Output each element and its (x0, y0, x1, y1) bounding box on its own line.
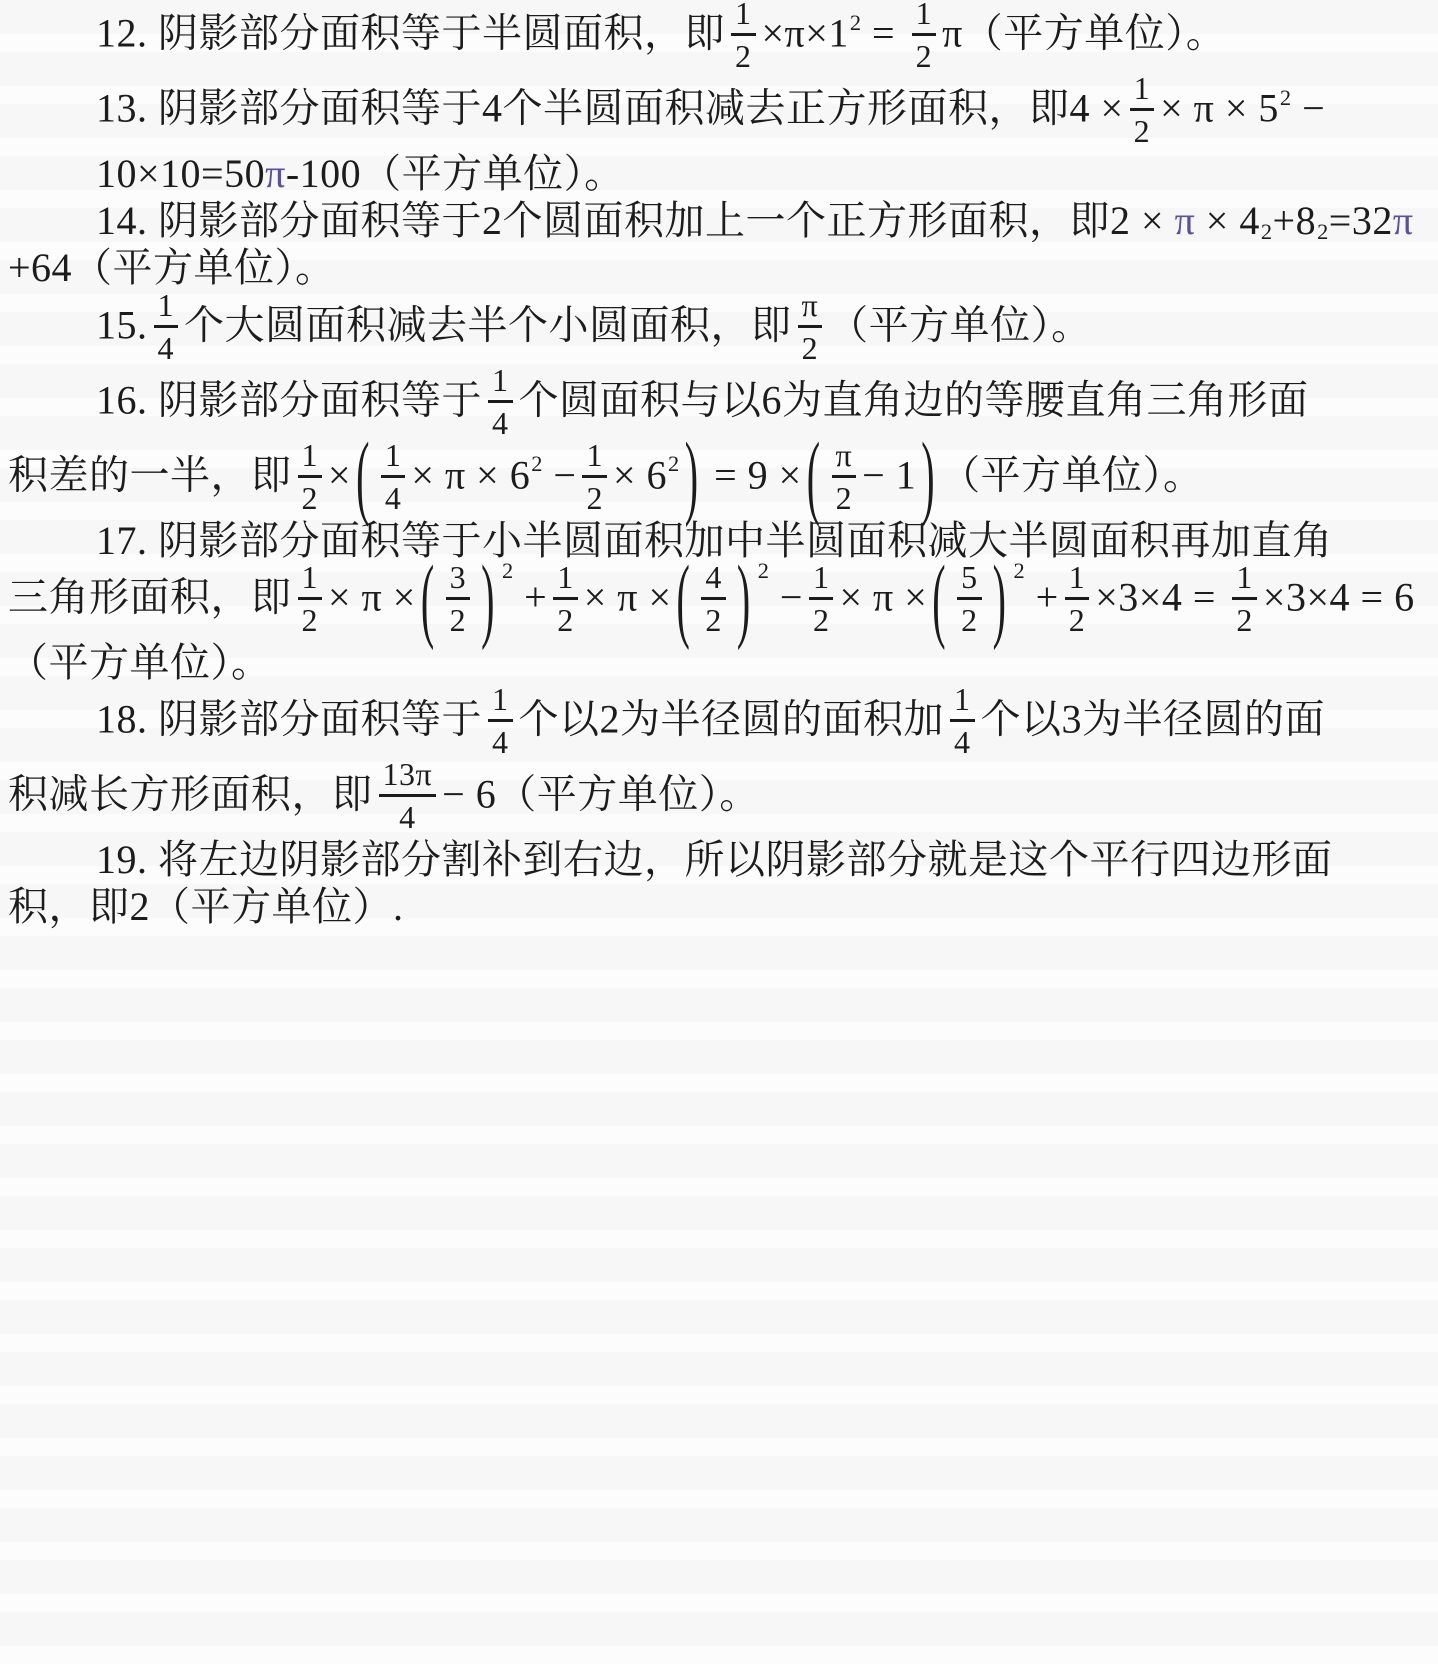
fraction-denominator: 2 (446, 600, 471, 636)
fraction: 12 (731, 0, 756, 72)
text-segment: × π × (584, 574, 672, 619)
fraction-denominator: 2 (1232, 600, 1257, 636)
open-paren: ( (356, 420, 370, 531)
text-segment: 三角形面积，即 (8, 574, 292, 619)
text-segment: × π × 6 (411, 452, 530, 497)
fraction-numerator: 4 (701, 561, 726, 597)
close-paren: ) (737, 543, 751, 654)
problem-19-continuation: 积，即2（平方单位）. (0, 883, 1438, 930)
problem-18: 18. 阴影部分面积等于14个以2为半径圆的面积加14个以3为半径圆的面 (0, 686, 1438, 761)
text-segment: -100（平方单位）。 (286, 151, 625, 196)
fraction-denominator: 2 (298, 600, 323, 636)
text-segment: × π × 5 (1160, 86, 1279, 131)
fraction: 12 (1232, 561, 1257, 636)
problem-16: 16. 阴影部分面积等于14个圆面积与以6为直角边的等腰直角三角形面 (0, 367, 1438, 442)
fraction-numerator: 3 (446, 561, 471, 597)
superscript: 2 (850, 10, 862, 35)
fraction: 12 (553, 561, 578, 636)
fraction: 12 (1065, 561, 1090, 636)
text-segment: 16. 阴影部分面积等于 (96, 377, 482, 422)
text-segment: 个圆面积与以6为直角边的等腰直角三角形面 (519, 377, 1309, 422)
fraction-denominator: 4 (395, 797, 420, 833)
fraction-numerator: 1 (553, 561, 578, 597)
fraction: 52 (957, 561, 982, 636)
pi-symbol: π (1175, 198, 1196, 243)
paren-superscript: 2 (502, 558, 514, 583)
text-segment: + (514, 574, 548, 619)
fraction-numerator: 1 (912, 0, 937, 33)
text-segment: （平方单位）。 (940, 452, 1204, 497)
problem-14: 14. 阴影部分面积等于2个圆面积加上一个正方形面积，即2 × π × 42+8… (0, 197, 1438, 244)
fraction-numerator: 1 (1130, 72, 1155, 108)
subscript: 2 (1317, 219, 1329, 244)
fraction: π2 (832, 439, 857, 514)
problem-18-continuation: 积减长方形面积，即13π4− 6（平方单位）。 (0, 761, 1438, 836)
fraction-denominator: 4 (950, 722, 975, 758)
problem-19: 19. 将左边阴影部分割补到右边，所以阴影部分就是这个平行四边形面 (0, 836, 1438, 883)
fraction-numerator: 1 (582, 439, 607, 475)
problem-13-result: 10×10=50π-100（平方单位）。 (0, 150, 1438, 197)
text-segment: 13. 阴影部分面积等于4个半圆面积减去正方形面积，即4 × (96, 86, 1124, 131)
problem-13: 13. 阴影部分面积等于4个半圆面积减去正方形面积，即4 ×12× π × 52… (0, 75, 1438, 150)
text-segment: 19. 将左边阴影部分割补到右边，所以阴影部分就是这个平行四边形面 (96, 837, 1333, 882)
text-segment: × π × (328, 574, 416, 619)
fraction-denominator: 2 (298, 478, 323, 514)
fraction-denominator: 2 (809, 600, 834, 636)
problem-12: 12. 阴影部分面积等于半圆面积，即12×π×12 = 12π（平方单位）。 (0, 0, 1438, 75)
text-segment: 个以3为半径圆的面 (981, 697, 1326, 742)
text-segment: ×π×1 (762, 11, 849, 56)
problem-17-formula: 三角形面积，即12× π ×(32)2 +12× π ×(42)2 −12× π… (0, 564, 1438, 639)
text-segment: =32 (1329, 198, 1393, 243)
fraction-denominator: 2 (1130, 111, 1155, 147)
fraction-numerator: 5 (957, 561, 982, 597)
text-segment: （平方单位）。 (828, 302, 1092, 347)
fraction: 12 (1130, 72, 1155, 147)
text-segment: × 6 (613, 452, 667, 497)
open-paren: ( (807, 420, 821, 531)
text-segment: （平方单位）。 (8, 640, 272, 685)
text-segment: 12. 阴影部分面积等于半圆面积，即 (96, 11, 725, 56)
fraction-denominator: 2 (798, 328, 823, 364)
fraction-denominator: 2 (701, 600, 726, 636)
fraction: 14 (488, 364, 513, 439)
text-segment: 17. 阴影部分面积等于小半圆面积加中半圆面积减大半圆面积再加直角 (96, 518, 1333, 563)
text-segment: 14. 阴影部分面积等于2个圆面积加上一个正方形面积，即2 × (96, 198, 1175, 243)
open-paren: ( (932, 543, 946, 654)
fraction: 12 (912, 0, 937, 72)
text-segment: 积差的一半，即 (8, 452, 292, 497)
text-segment: × 4 (1195, 198, 1260, 243)
fraction-denominator: 2 (957, 600, 982, 636)
text-segment: ×3×4 = (1095, 574, 1226, 619)
text-segment: 个以2为半径圆的面积加 (519, 697, 945, 742)
text-segment: + (1025, 574, 1059, 619)
pi-symbol: π (265, 151, 286, 196)
fraction: 14 (154, 289, 179, 364)
fraction-denominator: 2 (1065, 600, 1090, 636)
fraction: 12 (582, 439, 607, 514)
problem-17-unit: （平方单位）。 (0, 639, 1438, 686)
text-segment: = 9 × (704, 452, 802, 497)
problem-17: 17. 阴影部分面积等于小半圆面积加中半圆面积减大半圆面积再加直角 (0, 517, 1438, 564)
fraction-numerator: 1 (1232, 561, 1257, 597)
text-segment: 个大圆面积减去半个小圆面积，即 (184, 302, 792, 347)
text-segment: +64（平方单位）。 (8, 245, 336, 290)
open-paren: ( (421, 543, 435, 654)
fraction-denominator: 4 (488, 403, 513, 439)
text-segment: − (1292, 86, 1326, 131)
paren-superscript: 2 (1013, 558, 1025, 583)
pi-symbol: π (1393, 198, 1414, 243)
fraction-denominator: 4 (381, 478, 406, 514)
open-paren: ( (677, 543, 691, 654)
close-paren: ) (993, 543, 1007, 654)
fraction: 14 (950, 683, 975, 758)
text-segment: − (543, 452, 577, 497)
text-segment: 积，即2（平方单位）. (8, 884, 404, 929)
fraction: 13π4 (379, 758, 437, 833)
problem-16-continuation: 积差的一半，即12×(14× π × 62 −12× 62) = 9 ×(π2−… (0, 442, 1438, 517)
fraction-denominator: 2 (731, 36, 756, 72)
text-segment: π（平方单位）。 (942, 11, 1226, 56)
text-segment: − 6（平方单位）。 (442, 772, 760, 817)
fraction: 12 (298, 561, 323, 636)
fraction-denominator: 4 (488, 722, 513, 758)
fraction-numerator: 1 (298, 439, 323, 475)
close-paren: ) (921, 420, 935, 531)
fraction-numerator: 1 (950, 683, 975, 719)
close-paren: ) (685, 420, 699, 531)
superscript: 2 (1280, 85, 1292, 110)
fraction-numerator: 1 (1065, 561, 1090, 597)
fraction: 14 (488, 683, 513, 758)
text-segment: 15. (96, 302, 148, 347)
fraction: 12 (298, 439, 323, 514)
fraction-denominator: 2 (912, 36, 937, 72)
fraction: 14 (381, 439, 406, 514)
fraction-numerator: 1 (809, 561, 834, 597)
text-segment: ×3×4 = 6 (1263, 574, 1415, 619)
superscript: 2 (668, 451, 680, 476)
superscript: 2 (531, 451, 543, 476)
fraction: 42 (701, 561, 726, 636)
subscript: 2 (1261, 219, 1273, 244)
text-segment: × π × (839, 574, 927, 619)
text-segment: = (862, 11, 906, 56)
text-segment: 18. 阴影部分面积等于 (96, 697, 482, 742)
fraction-numerator: π (832, 439, 857, 475)
fraction: 12 (809, 561, 834, 636)
text-segment: 积减长方形面积，即 (8, 772, 373, 817)
close-paren: ) (481, 543, 495, 654)
text-segment: × (328, 452, 351, 497)
text-segment: 10×10=50 (96, 151, 265, 196)
fraction-numerator: π (798, 289, 823, 325)
text-segment: +8 (1273, 198, 1317, 243)
text-segment: − (769, 574, 803, 619)
text-segment: − 1 (862, 452, 916, 497)
fraction-numerator: 1 (381, 439, 406, 475)
fraction-numerator: 1 (731, 0, 756, 33)
fraction-numerator: 13π (379, 758, 437, 794)
fraction-denominator: 2 (553, 600, 578, 636)
fraction-denominator: 2 (582, 478, 607, 514)
fraction-numerator: 1 (298, 561, 323, 597)
problem-15: 15.14个大圆面积减去半个小圆面积，即π2（平方单位）。 (0, 292, 1438, 367)
fraction: 32 (446, 561, 471, 636)
problem-14-continuation: +64（平方单位）。 (0, 244, 1438, 291)
fraction-numerator: 1 (154, 289, 179, 325)
fraction-numerator: 1 (488, 364, 513, 400)
fraction: π2 (798, 289, 823, 364)
fraction-numerator: 1 (488, 683, 513, 719)
document-page: 12. 阴影部分面积等于半圆面积，即12×π×12 = 12π（平方单位）。 1… (0, 0, 1438, 930)
fraction-denominator: 4 (154, 328, 179, 364)
paren-superscript: 2 (758, 558, 770, 583)
fraction-denominator: 2 (832, 478, 857, 514)
